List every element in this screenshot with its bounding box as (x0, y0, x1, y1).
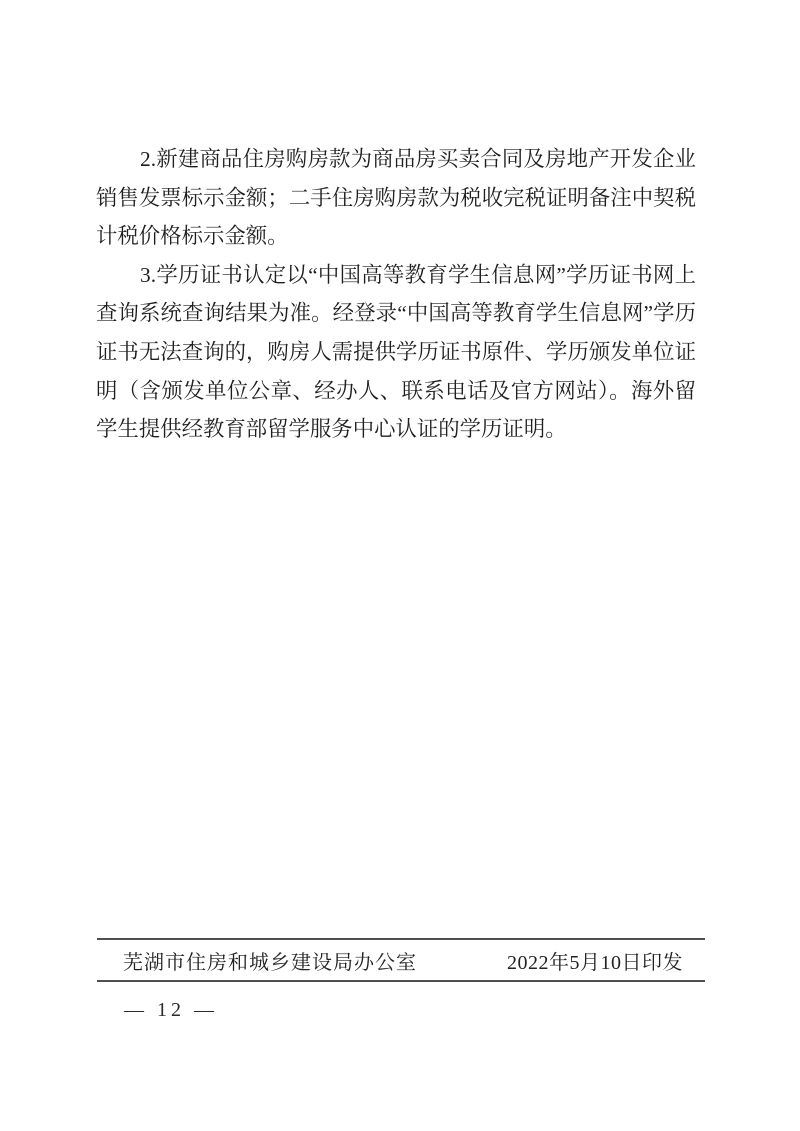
footer-print-date: 2022年5月10日印发 (507, 946, 683, 975)
text-line: 计税价格标示金额。 (96, 217, 696, 256)
page-number: — 12 — (124, 999, 218, 1022)
footer-issuing-office: 芜湖市住房和城乡建设局办公室 (123, 946, 417, 975)
text-line: 3.学历证书认定以“中国高等教育学生信息网”学历证书网上 (96, 256, 696, 295)
text-line: 销售发票标示金额；二手住房购房款为税收完税证明备注中契税 (96, 179, 696, 218)
footer-rule-band: 芜湖市住房和城乡建设局办公室 2022年5月10日印发 (97, 938, 705, 982)
paragraph-3: 3.学历证书认定以“中国高等教育学生信息网”学历证书网上 查询系统查询结果为准。… (96, 256, 696, 449)
document-page: 2.新建商品住房购房款为商品房买卖合同及房地产开发企业 销售发票标示金额；二手住… (0, 0, 800, 1131)
text-line: 查询系统查询结果为准。经登录“中国高等教育学生信息网”学历 (96, 294, 696, 333)
text-line: 证书无法查询的，购房人需提供学历证书原件、学历颁发单位证 (96, 333, 696, 372)
text-line: 明（含颁发单位公章、经办人、联系电话及官方网站）。海外留 (96, 372, 696, 411)
text-line: 2.新建商品住房购房款为商品房买卖合同及房地产开发企业 (96, 140, 696, 179)
text-line: 学生提供经教育部留学服务中心认证的学历证明。 (96, 410, 696, 449)
document-body: 2.新建商品住房购房款为商品房买卖合同及房地产开发企业 销售发票标示金额；二手住… (96, 140, 696, 449)
paragraph-2: 2.新建商品住房购房款为商品房买卖合同及房地产开发企业 销售发票标示金额；二手住… (96, 140, 696, 256)
